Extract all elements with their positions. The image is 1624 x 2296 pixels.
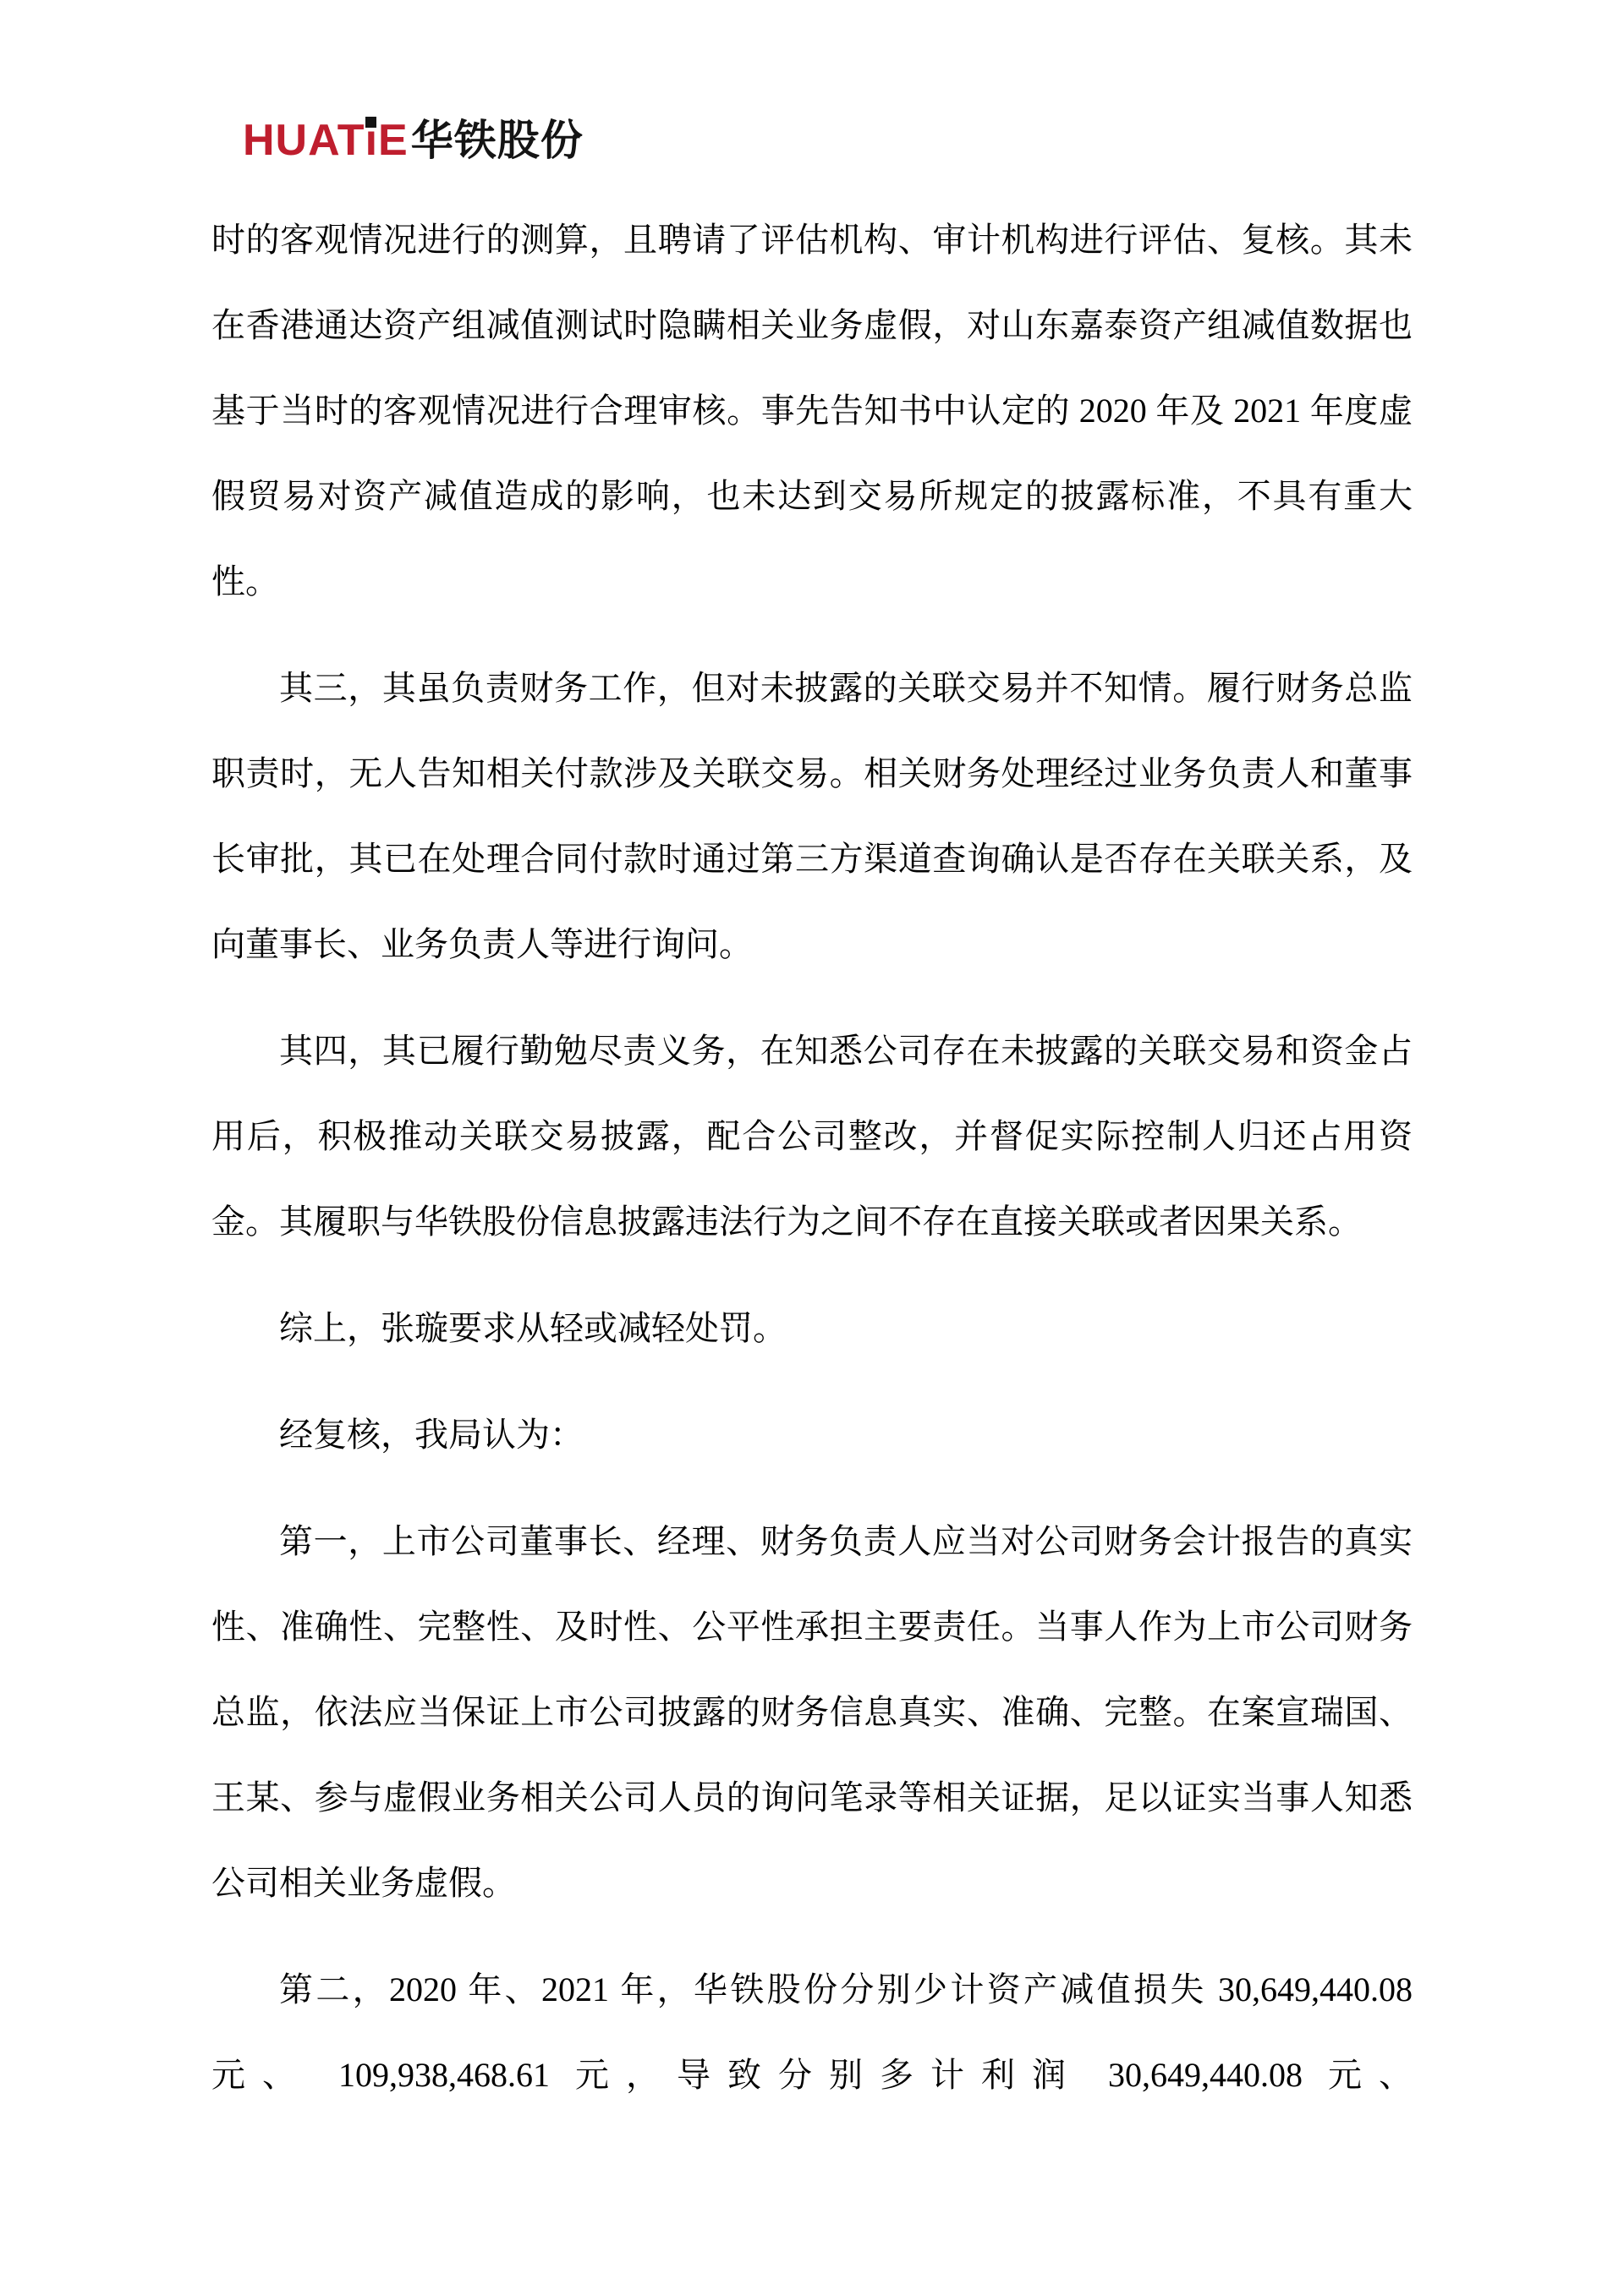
logo-huatie-wordmark: HUATiE: [243, 118, 409, 162]
company-logo: HUATiE 华铁股份: [243, 118, 584, 162]
paragraph-4: 综上，张璇要求从轻或减轻处罚。: [211, 1285, 1413, 1371]
logo-chinese-name: 华铁股份: [411, 119, 584, 162]
logo-letter-i: i: [365, 118, 378, 162]
logo-text-pre-i: HUAT: [243, 116, 365, 165]
paragraph-5: 经复核，我局认为：: [211, 1392, 1413, 1477]
paragraph-3: 其四，其已履行勤勉尽责义务，在知悉公司存在未披露的关联交易和资金占用后，积极推动…: [211, 1008, 1413, 1264]
paragraph-6: 第一，上市公司董事长、经理、财务负责人应当对公司财务会计报告的真实性、准确性、完…: [211, 1499, 1413, 1926]
paragraph-2: 其三，其虽负责财务工作，但对未披露的关联交易并不知情。履行财务总监职责时，无人告…: [211, 645, 1413, 987]
logo-text-post-i: E: [378, 116, 409, 165]
paragraph-7: 第二，2020 年、2021 年，华铁股份分别少计资产减值损失 30,649,4…: [211, 1947, 1413, 2118]
paragraph-1: 时的客观情况进行的测算，且聘请了评估机构、审计机构进行评估、复核。其未在香港通达…: [211, 197, 1413, 624]
document-body: 时的客观情况进行的测算，且聘请了评估机构、审计机构进行评估、复核。其未在香港通达…: [211, 197, 1413, 2139]
document-page: HUATiE 华铁股份 时的客观情况进行的测算，且聘请了评估机构、审计机构进行评…: [0, 0, 1624, 2296]
